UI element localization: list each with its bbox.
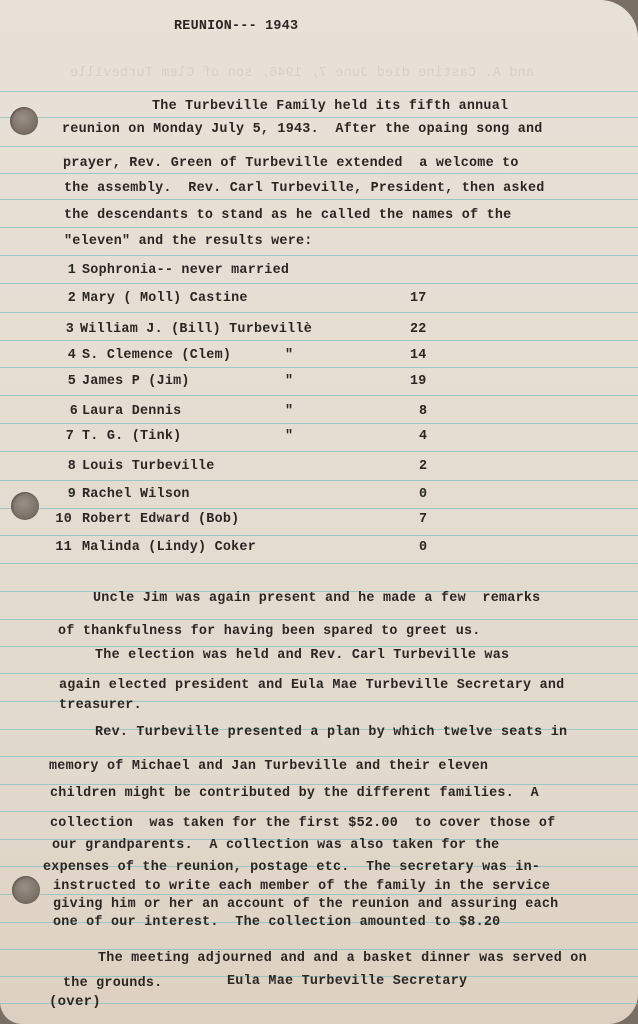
body-line: Rev. Turbeville presented a plan by whic… bbox=[95, 725, 567, 740]
ruled-line bbox=[0, 173, 638, 174]
intro-line: The Turbeville Family held its fifth ann… bbox=[152, 99, 508, 114]
body-line: The election was held and Rev. Carl Turb… bbox=[95, 648, 509, 663]
ruled-line bbox=[0, 756, 638, 757]
intro-line: "eleven" and the results were: bbox=[64, 234, 313, 249]
ruled-line bbox=[0, 367, 638, 368]
ruled-line bbox=[0, 894, 638, 895]
intro-line: prayer, Rev. Green of Turbeville extende… bbox=[63, 156, 519, 171]
ruled-line bbox=[0, 255, 638, 256]
body-line: memory of Michael and Jan Turbeville and… bbox=[49, 759, 488, 774]
ruled-line bbox=[0, 673, 638, 674]
document-title: REUNION--- 1943 bbox=[174, 19, 298, 34]
body-line: giving him or her an account of the reun… bbox=[53, 897, 558, 912]
descendant-count: 17 bbox=[410, 291, 427, 306]
descendant-name: Rachel Wilson bbox=[82, 487, 190, 502]
ruled-line bbox=[0, 811, 638, 812]
descendant-count: 19 bbox=[410, 374, 427, 389]
descendant-name: Robert Edward (Bob) bbox=[82, 512, 239, 527]
body-line: one of our interest. The collection amou… bbox=[53, 915, 500, 930]
ruled-line bbox=[0, 784, 638, 785]
descendant-count: 14 bbox=[410, 348, 427, 363]
intro-line: the descendants to stand as he called th… bbox=[64, 208, 511, 223]
ditto-mark: " bbox=[285, 429, 293, 444]
punch-hole-icon bbox=[11, 492, 39, 520]
descendant-name: James P (Jim) bbox=[82, 374, 190, 389]
punch-hole-icon bbox=[10, 107, 38, 135]
body-line: expenses of the reunion, postage etc. Th… bbox=[43, 860, 540, 875]
body-line: instructed to write each member of the f… bbox=[53, 879, 550, 894]
descendant-name: Louis Turbeville bbox=[82, 459, 215, 474]
ruled-line bbox=[0, 312, 638, 313]
descendant-number: 5 bbox=[68, 374, 76, 389]
ditto-mark: " bbox=[285, 348, 293, 363]
body-line: the grounds. bbox=[63, 976, 162, 991]
ruled-line bbox=[0, 395, 638, 396]
descendant-count: 0 bbox=[419, 540, 427, 555]
descendant-number: 1 bbox=[68, 263, 76, 278]
descendant-count: 2 bbox=[419, 459, 427, 474]
descendant-number: 9 bbox=[68, 487, 76, 502]
body-line: again elected president and Eula Mae Tur… bbox=[59, 678, 564, 693]
descendant-number: 2 bbox=[68, 291, 76, 306]
descendant-name: T. G. (Tink) bbox=[82, 429, 181, 444]
descendant-number: 10 bbox=[55, 512, 72, 527]
ruled-line bbox=[0, 283, 638, 284]
descendant-count: 4 bbox=[419, 429, 427, 444]
punch-hole-icon bbox=[12, 876, 40, 904]
signature: Eula Mae Turbeville Secretary bbox=[227, 974, 467, 989]
index-card-page: and A. Castine died June 7, 1946, son of… bbox=[0, 0, 638, 1024]
descendant-name: William J. (Bill) Turbevillè bbox=[80, 322, 312, 337]
descendant-count: 7 bbox=[419, 512, 427, 527]
descendant-number: 6 bbox=[70, 404, 78, 419]
ruled-line bbox=[0, 949, 638, 950]
descendant-number: 4 bbox=[68, 348, 76, 363]
descendant-name: Laura Dennis bbox=[82, 404, 181, 419]
ruled-line bbox=[0, 508, 638, 509]
descendant-number: 3 bbox=[66, 322, 74, 337]
descendant-number: 11 bbox=[55, 540, 72, 555]
intro-line: the assembly. Rev. Carl Turbeville, Pres… bbox=[64, 181, 545, 196]
ruled-line bbox=[0, 535, 638, 536]
body-line: treasurer. bbox=[59, 698, 142, 713]
intro-line: reunion on Monday July 5, 1943. After th… bbox=[62, 122, 543, 137]
descendant-number: 8 bbox=[68, 459, 76, 474]
ruled-line bbox=[0, 423, 638, 424]
body-line: of thankfulness for having been spared t… bbox=[58, 624, 481, 639]
ditto-mark: " bbox=[285, 404, 293, 419]
body-line: collection was taken for the first $52.0… bbox=[50, 816, 555, 831]
bleed-through-text: and A. Castine died June 7, 1946, son of… bbox=[70, 66, 534, 81]
ruled-line bbox=[0, 451, 638, 452]
descendant-name: Mary ( Moll) Castine bbox=[82, 291, 248, 306]
body-line: The meeting adjourned and and a basket d… bbox=[98, 951, 587, 966]
descendant-name: S. Clemence (Clem) bbox=[82, 348, 231, 363]
descendant-count: 22 bbox=[410, 322, 427, 337]
descendant-count: 0 bbox=[419, 487, 427, 502]
descendant-name: Malinda (Lindy) Coker bbox=[82, 540, 256, 555]
descendant-count: 8 bbox=[419, 404, 427, 419]
body-line: our grandparents. A collection was also … bbox=[52, 838, 499, 853]
ruled-line bbox=[0, 646, 638, 647]
ruled-line bbox=[0, 619, 638, 620]
ruled-line bbox=[0, 480, 638, 481]
over-note: (over) bbox=[49, 994, 101, 1010]
ruled-line bbox=[0, 199, 638, 200]
ruled-line bbox=[0, 340, 638, 341]
ruled-line bbox=[0, 117, 638, 118]
descendant-name: Sophronia-- never married bbox=[82, 263, 289, 278]
ruled-line bbox=[0, 563, 638, 564]
body-line: children might be contributed by the dif… bbox=[50, 786, 539, 801]
ruled-line bbox=[0, 227, 638, 228]
ruled-line bbox=[0, 91, 638, 92]
descendant-number: 7 bbox=[66, 429, 74, 444]
ruled-line bbox=[0, 146, 638, 147]
ditto-mark: " bbox=[285, 374, 293, 389]
body-line: Uncle Jim was again present and he made … bbox=[93, 591, 540, 606]
